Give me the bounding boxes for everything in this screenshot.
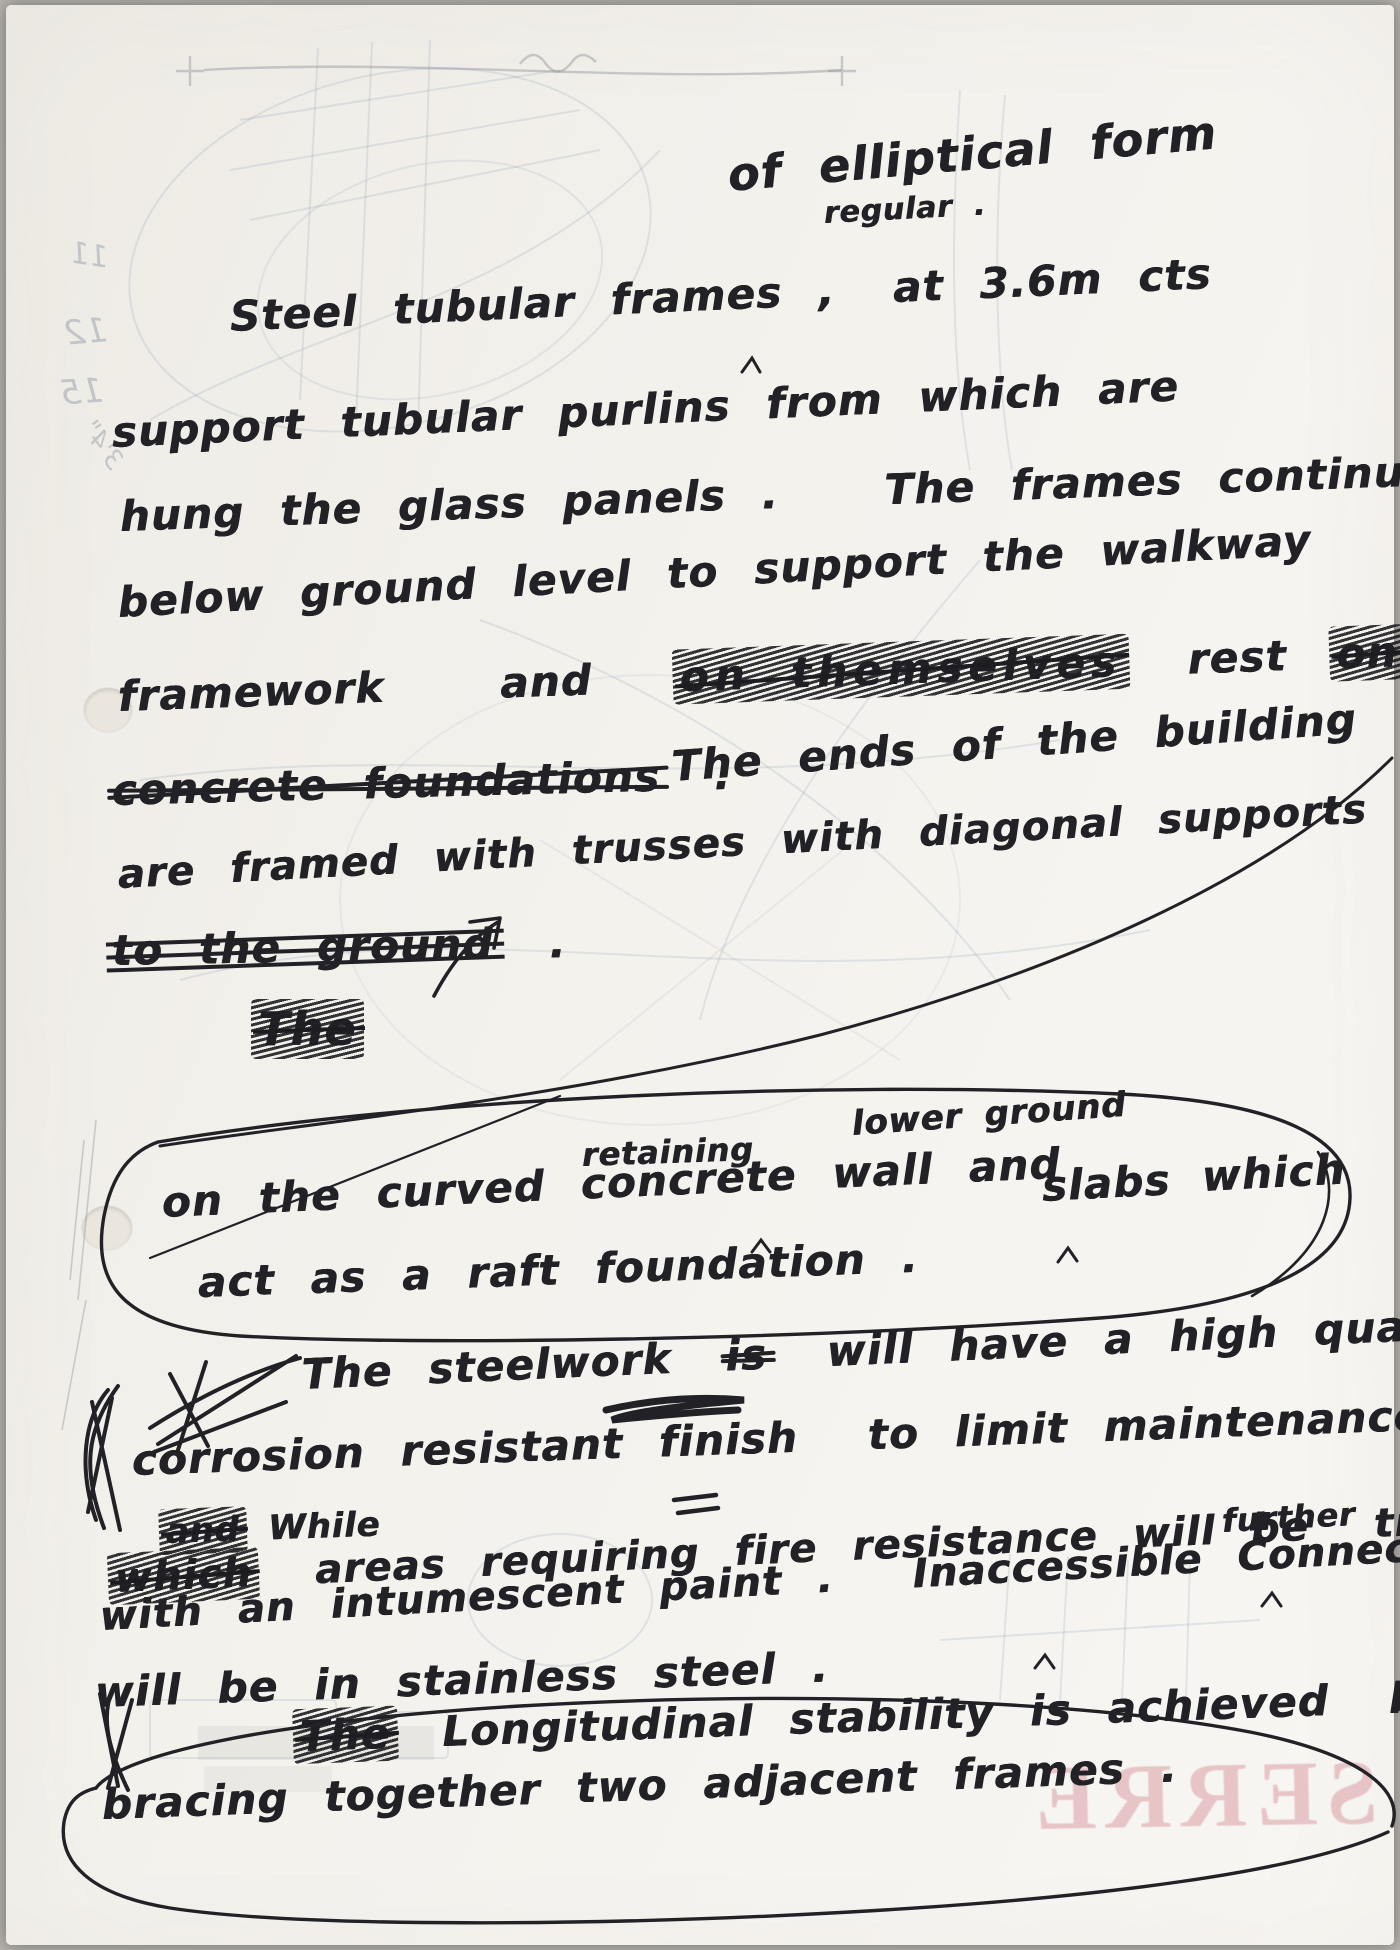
hw-text: While [268, 1505, 381, 1549]
hw-scribbled-word: on [1336, 627, 1399, 678]
hw-text: framework [117, 663, 385, 721]
hw-text: by [1388, 1672, 1400, 1723]
hw-scribbled-word: The [299, 1709, 391, 1761]
hw-text: rest [1187, 631, 1288, 683]
hw-scribbled-word: and [165, 1509, 240, 1552]
hw-line-to-the-ground: to the ground . [112, 918, 568, 975]
hw-struck-word: is [724, 1330, 768, 1381]
hw-text: slabs [1041, 1155, 1172, 1211]
hw-struck-words: to the ground [112, 919, 495, 975]
hw-scribbled-the: The [258, 1002, 357, 1056]
hw-text: and [499, 655, 593, 707]
margin-mark-12: 12 [62, 310, 109, 354]
hw-word-which: which [1201, 1145, 1347, 1201]
hw-text: . [549, 918, 567, 967]
hole-punch-bottom [82, 1206, 132, 1250]
hw-word-slabs: slabs [1041, 1155, 1172, 1211]
scanned-manuscript-page: SERRE 11 12 15 3'4" of elliptical form r… [0, 0, 1400, 1950]
hw-scribbled-word: The [258, 1002, 357, 1056]
margin-mark-15: 15 [59, 371, 105, 414]
margin-mark-11: 11 [68, 236, 111, 276]
hw-text: which [1201, 1145, 1347, 1201]
